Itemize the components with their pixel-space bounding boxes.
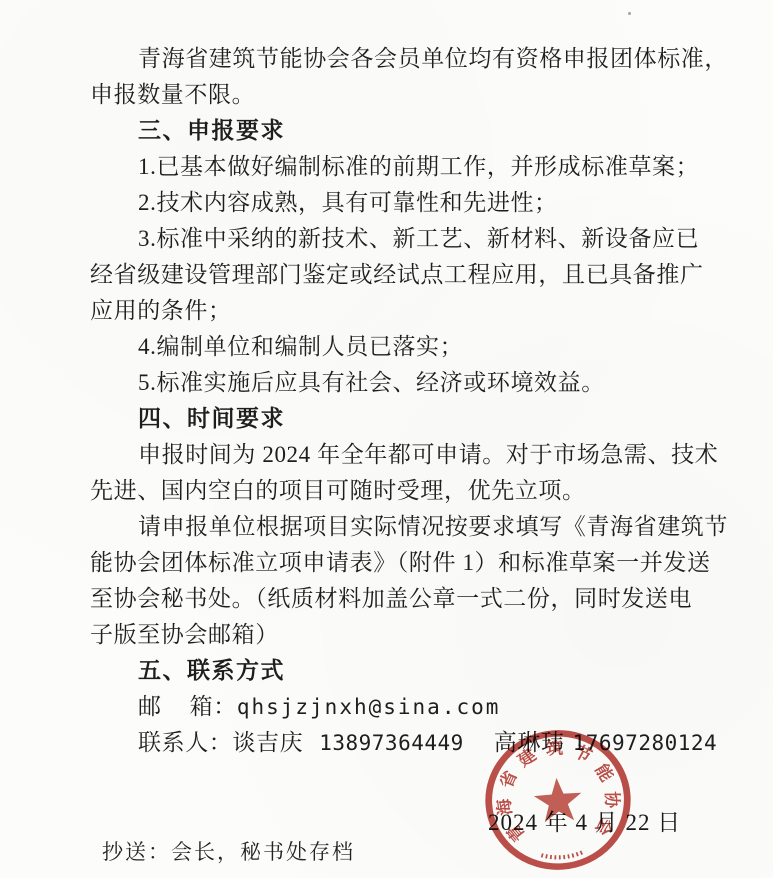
email-label-left: 邮: [138, 694, 162, 719]
seal-org-char: 海: [493, 797, 516, 817]
list-item: 2.技术内容成熟，具有可靠性和先进性；: [90, 185, 688, 221]
seal-serial-ticks: [541, 852, 582, 858]
scanned-document-page: 青海省建筑节能协会各会员单位均有资格申报团体标准， 申报数量不限。 三、申报要求…: [0, 0, 773, 878]
scan-artifact-dot: [628, 12, 631, 15]
contact1-phone: 13897364449: [319, 731, 464, 755]
list-item: 3.标准中采纳的新技术、新工艺、新材料、新设备应已: [90, 221, 688, 257]
email-address: qhsjzjnxh@sina.com: [237, 695, 501, 719]
section-heading: 三、申报要求: [90, 113, 688, 149]
email-line: 邮箱：qhsjzjnxh@sina.com: [90, 689, 688, 725]
section-heading: 五、联系方式: [90, 653, 688, 689]
star-icon: [533, 776, 583, 823]
list-item: 4.编制单位和编制人员已落实；: [90, 329, 688, 365]
official-seal: 青 海 省 建 筑 节 能 协 会: [476, 721, 640, 878]
contact1-name: 谈吉庆: [232, 730, 303, 755]
section-heading: 四、时间要求: [90, 401, 688, 437]
body-line: 能协会团体标准立项申请表》（附件 1）和标准草案一并发送: [90, 545, 688, 581]
body-line: 先进、国内空白的项目可随时受理，优先立项。: [90, 473, 688, 509]
body-line: 子版至协会邮箱）: [90, 617, 688, 653]
body-line: 青海省建筑节能协会各会员单位均有资格申报团体标准，: [90, 41, 688, 77]
list-item: 1.已基本做好编制标准的前期工作，并形成标准草案；: [90, 149, 688, 185]
cc-line: 抄送：会长，秘书处存档: [102, 836, 355, 866]
contact-label: 联系人：: [138, 730, 232, 755]
seal-graphic: 青 海 省 建 筑 节 能 协 会: [476, 721, 640, 878]
body-line: 申报时间为 2024 年全年都可申请。对于市场急需、技术: [90, 437, 688, 473]
seal-org-char: 筑: [545, 738, 564, 759]
body-line: 请申报单位根据项目实际情况按要求填写《青海省建筑节: [90, 509, 688, 545]
body-line: 应用的条件；: [90, 293, 688, 329]
body-line: 至协会秘书处。（纸质材料加盖公章一式二份，同时发送电: [90, 581, 688, 617]
email-label-right: 箱：: [190, 694, 237, 719]
body-line: 申报数量不限。: [90, 77, 688, 113]
list-item: 5.标准实施后应具有社会、经济或环境效益。: [90, 365, 688, 401]
body-line: 经省级建设管理部门鉴定或经试点工程应用，且已具备推广: [90, 257, 688, 293]
document-body: 青海省建筑节能协会各会员单位均有资格申报团体标准， 申报数量不限。 三、申报要求…: [90, 41, 688, 761]
seal-org-char: 协: [602, 791, 622, 809]
